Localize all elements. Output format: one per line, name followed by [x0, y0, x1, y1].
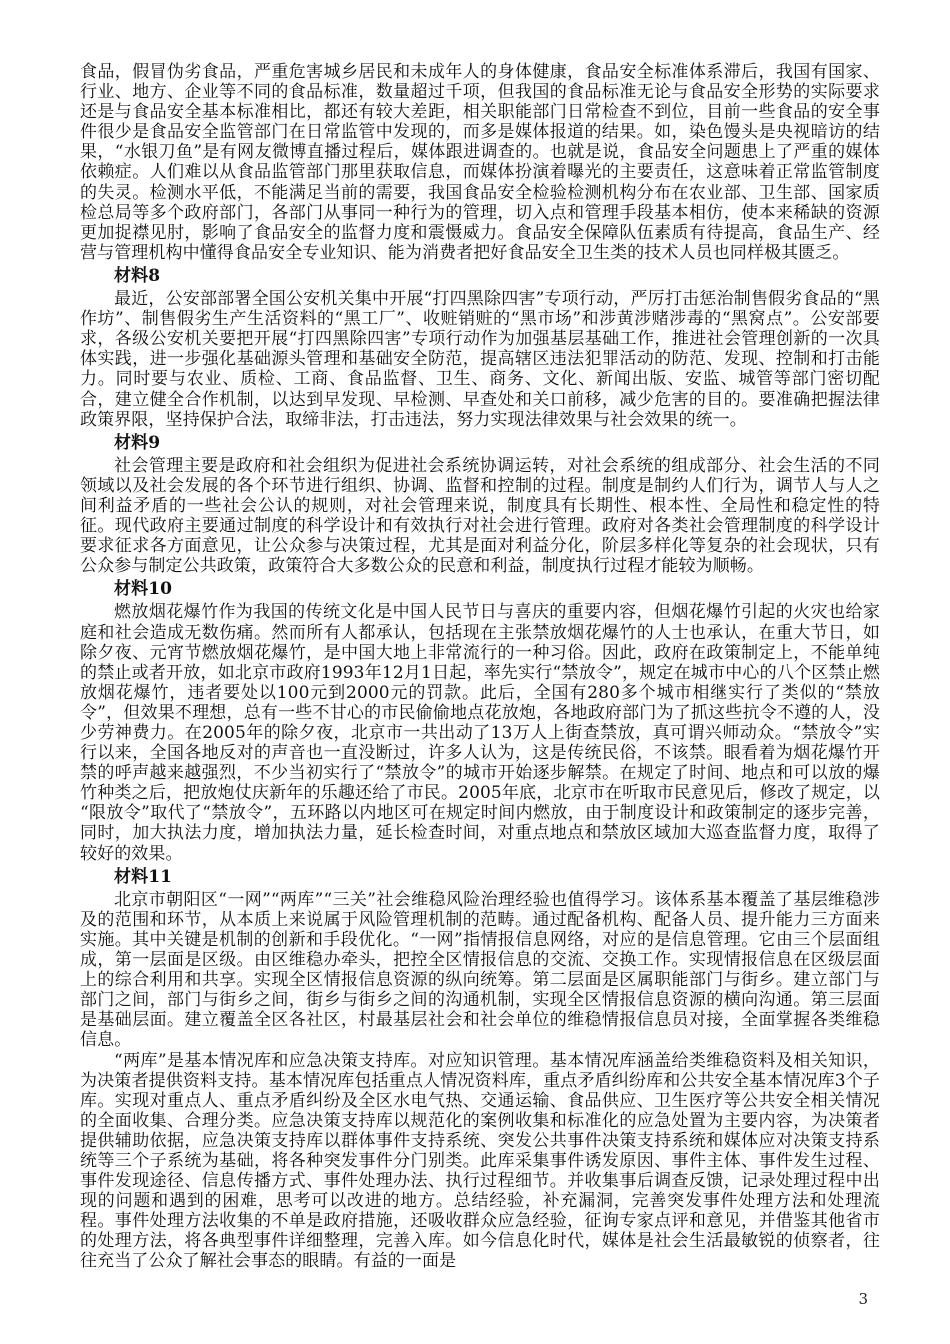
- document-page: 食品，假冒伪劣食品，严重危害城乡居民和未成年人的身体健康，食品安全标准体系滞后，…: [0, 0, 950, 1344]
- heading-material-9: 材料9: [80, 433, 880, 453]
- heading-material-11: 材料11: [80, 867, 880, 887]
- page-body-text: 食品，假冒伪劣食品，严重危害城乡居民和未成年人的身体健康，食品安全标准体系滞后，…: [80, 62, 880, 1272]
- page-footer: 3: [80, 1290, 880, 1308]
- paragraph-material-11-network: 北京市朝阳区“一网”“两库”“三关”社会维稳风险治理经验也值得学习。该体系基本覆…: [80, 890, 880, 1051]
- page-number: 3: [858, 1290, 868, 1308]
- heading-material-10: 材料10: [80, 579, 880, 599]
- paragraph-material-11-databases: “两库”是基本情况库和应急决策支持库。对应知识管理。基本情况库涵盖给类维稳资料及…: [80, 1051, 880, 1272]
- paragraph-material-10: 燃放烟花爆竹作为我国的传统文化是中国人民节日与喜庆的重要内容，但烟花爆竹引起的火…: [80, 602, 880, 863]
- heading-material-8: 材料8: [80, 266, 880, 286]
- paragraph-food-safety-continued: 食品，假冒伪劣食品，严重危害城乡居民和未成年人的身体健康，食品安全标准体系滞后，…: [80, 62, 880, 263]
- paragraph-material-8: 最近，公安部部署全国公安机关集中开展“打四黑除四害”专项行动，严厉打击惩治制售假…: [80, 289, 880, 430]
- paragraph-material-9: 社会管理主要是政府和社会组织为促进社会系统协调运转，对社会系统的组成部分、社会生…: [80, 456, 880, 577]
